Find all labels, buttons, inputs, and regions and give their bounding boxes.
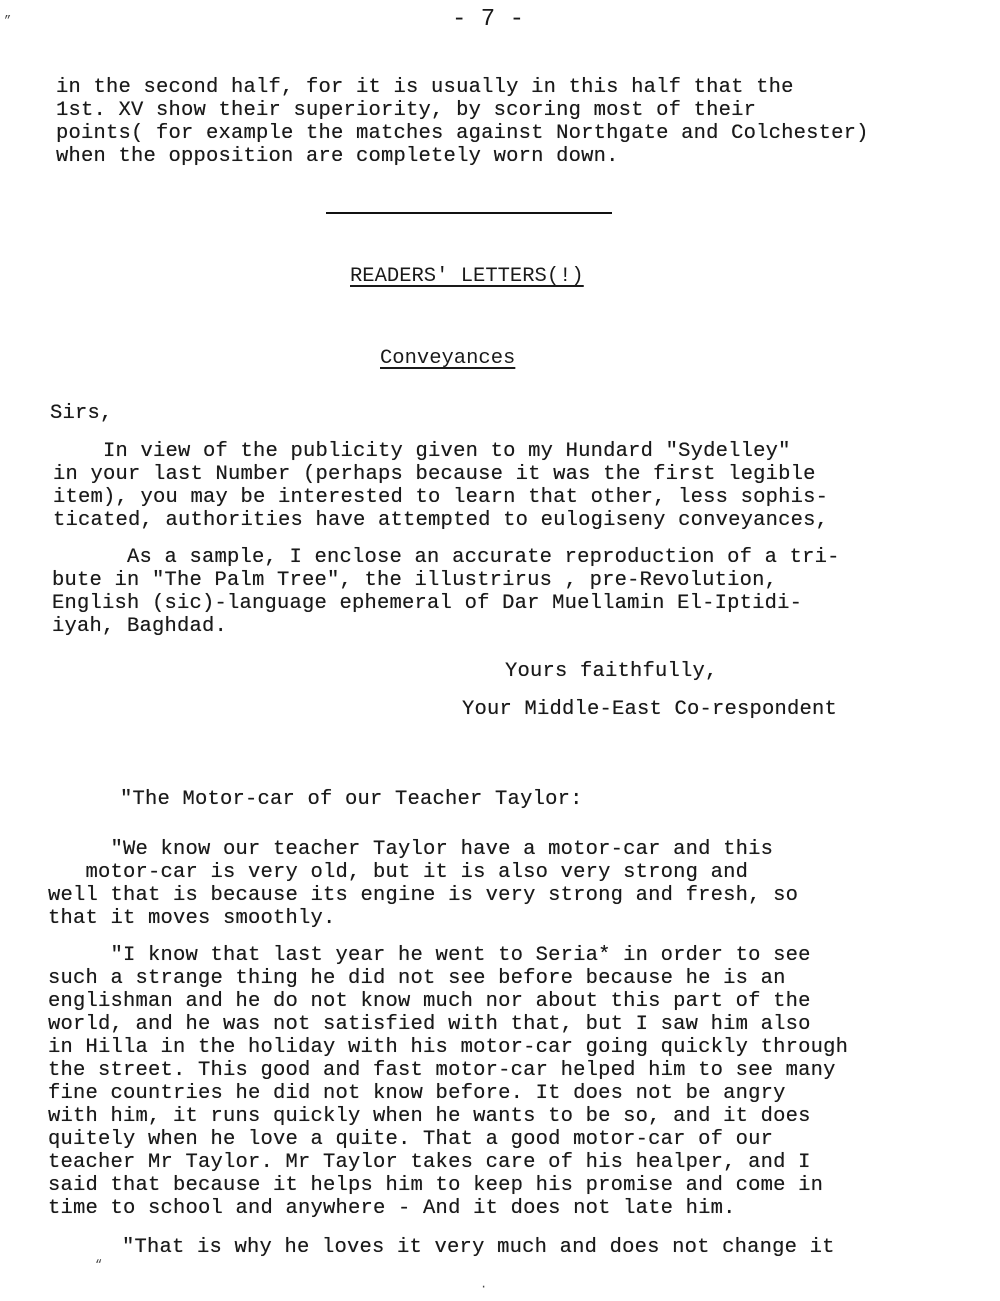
closing: Yours faithfully, [505,660,718,683]
scan-mark: “ [95,1258,102,1272]
text-line: bute in "The Palm Tree", the illustrirus… [52,569,777,592]
text-line: when the opposition are completely worn … [56,145,619,168]
signature: Your Middle-East Co-respondent [462,698,837,721]
text-line: world, and he was not satisfied with tha… [48,1013,811,1036]
text-line: ticated, authorities have attempted to e… [53,509,828,532]
text-line: In view of the publicity given to my Hun… [53,440,791,463]
page-number: - 7 - [452,6,524,34]
text-line: motor-car is very old, but it is also ve… [48,861,748,884]
text-line: fine countries he did not know before. I… [48,1082,786,1105]
text-line: points( for example the matches against … [56,122,869,145]
text-line: English (sic)-language ephemeral of Dar … [52,592,802,615]
text-line: with him, it runs quickly when he wants … [48,1105,811,1128]
text-line: "That is why he loves it very much and d… [72,1236,835,1259]
text-line: englishman and he do not know much nor a… [48,990,811,1013]
text-line: teacher Mr Taylor. Mr Taylor takes care … [48,1151,811,1174]
text-line: quitely when he love a quite. That a goo… [48,1128,773,1151]
text-line: in your last Number (perhaps because it … [53,463,816,486]
text-line: iyah, Baghdad. [52,615,227,638]
text-line: in Hilla in the holiday with his motor-c… [48,1036,848,1059]
text-line: "I know that last year he went to Seria*… [48,944,811,967]
section-divider [326,212,612,214]
text-line: 1st. XV show their superiority, by scori… [56,99,756,122]
section-title: READERS' LETTERS(!) [350,265,584,288]
tribute-title: "The Motor-car of our Teacher Taylor: [120,788,583,811]
document-page: ” - 7 - in the second half, for it is us… [0,0,1000,1301]
scan-mark: ” [4,14,11,28]
text-line: in the second half, for it is usually in… [56,76,794,99]
salutation: Sirs, [50,402,113,425]
text-line: such a strange thing he did not see befo… [48,967,786,990]
text-line: item), you may be interested to learn th… [53,486,828,509]
text-line: well that is because its engine is very … [48,884,798,907]
text-line: "We know our teacher Taylor have a motor… [48,838,773,861]
text-line: that it moves smoothly. [48,907,336,930]
letter-subtitle: Conveyances [380,347,515,370]
text-line: time to school and anywhere - And it doe… [48,1197,736,1220]
scan-mark: · [480,1280,487,1294]
text-line: As a sample, I enclose an accurate repro… [52,546,840,569]
text-line: the street. This good and fast motor-car… [48,1059,836,1082]
text-line: said that because it helps him to keep h… [48,1174,823,1197]
